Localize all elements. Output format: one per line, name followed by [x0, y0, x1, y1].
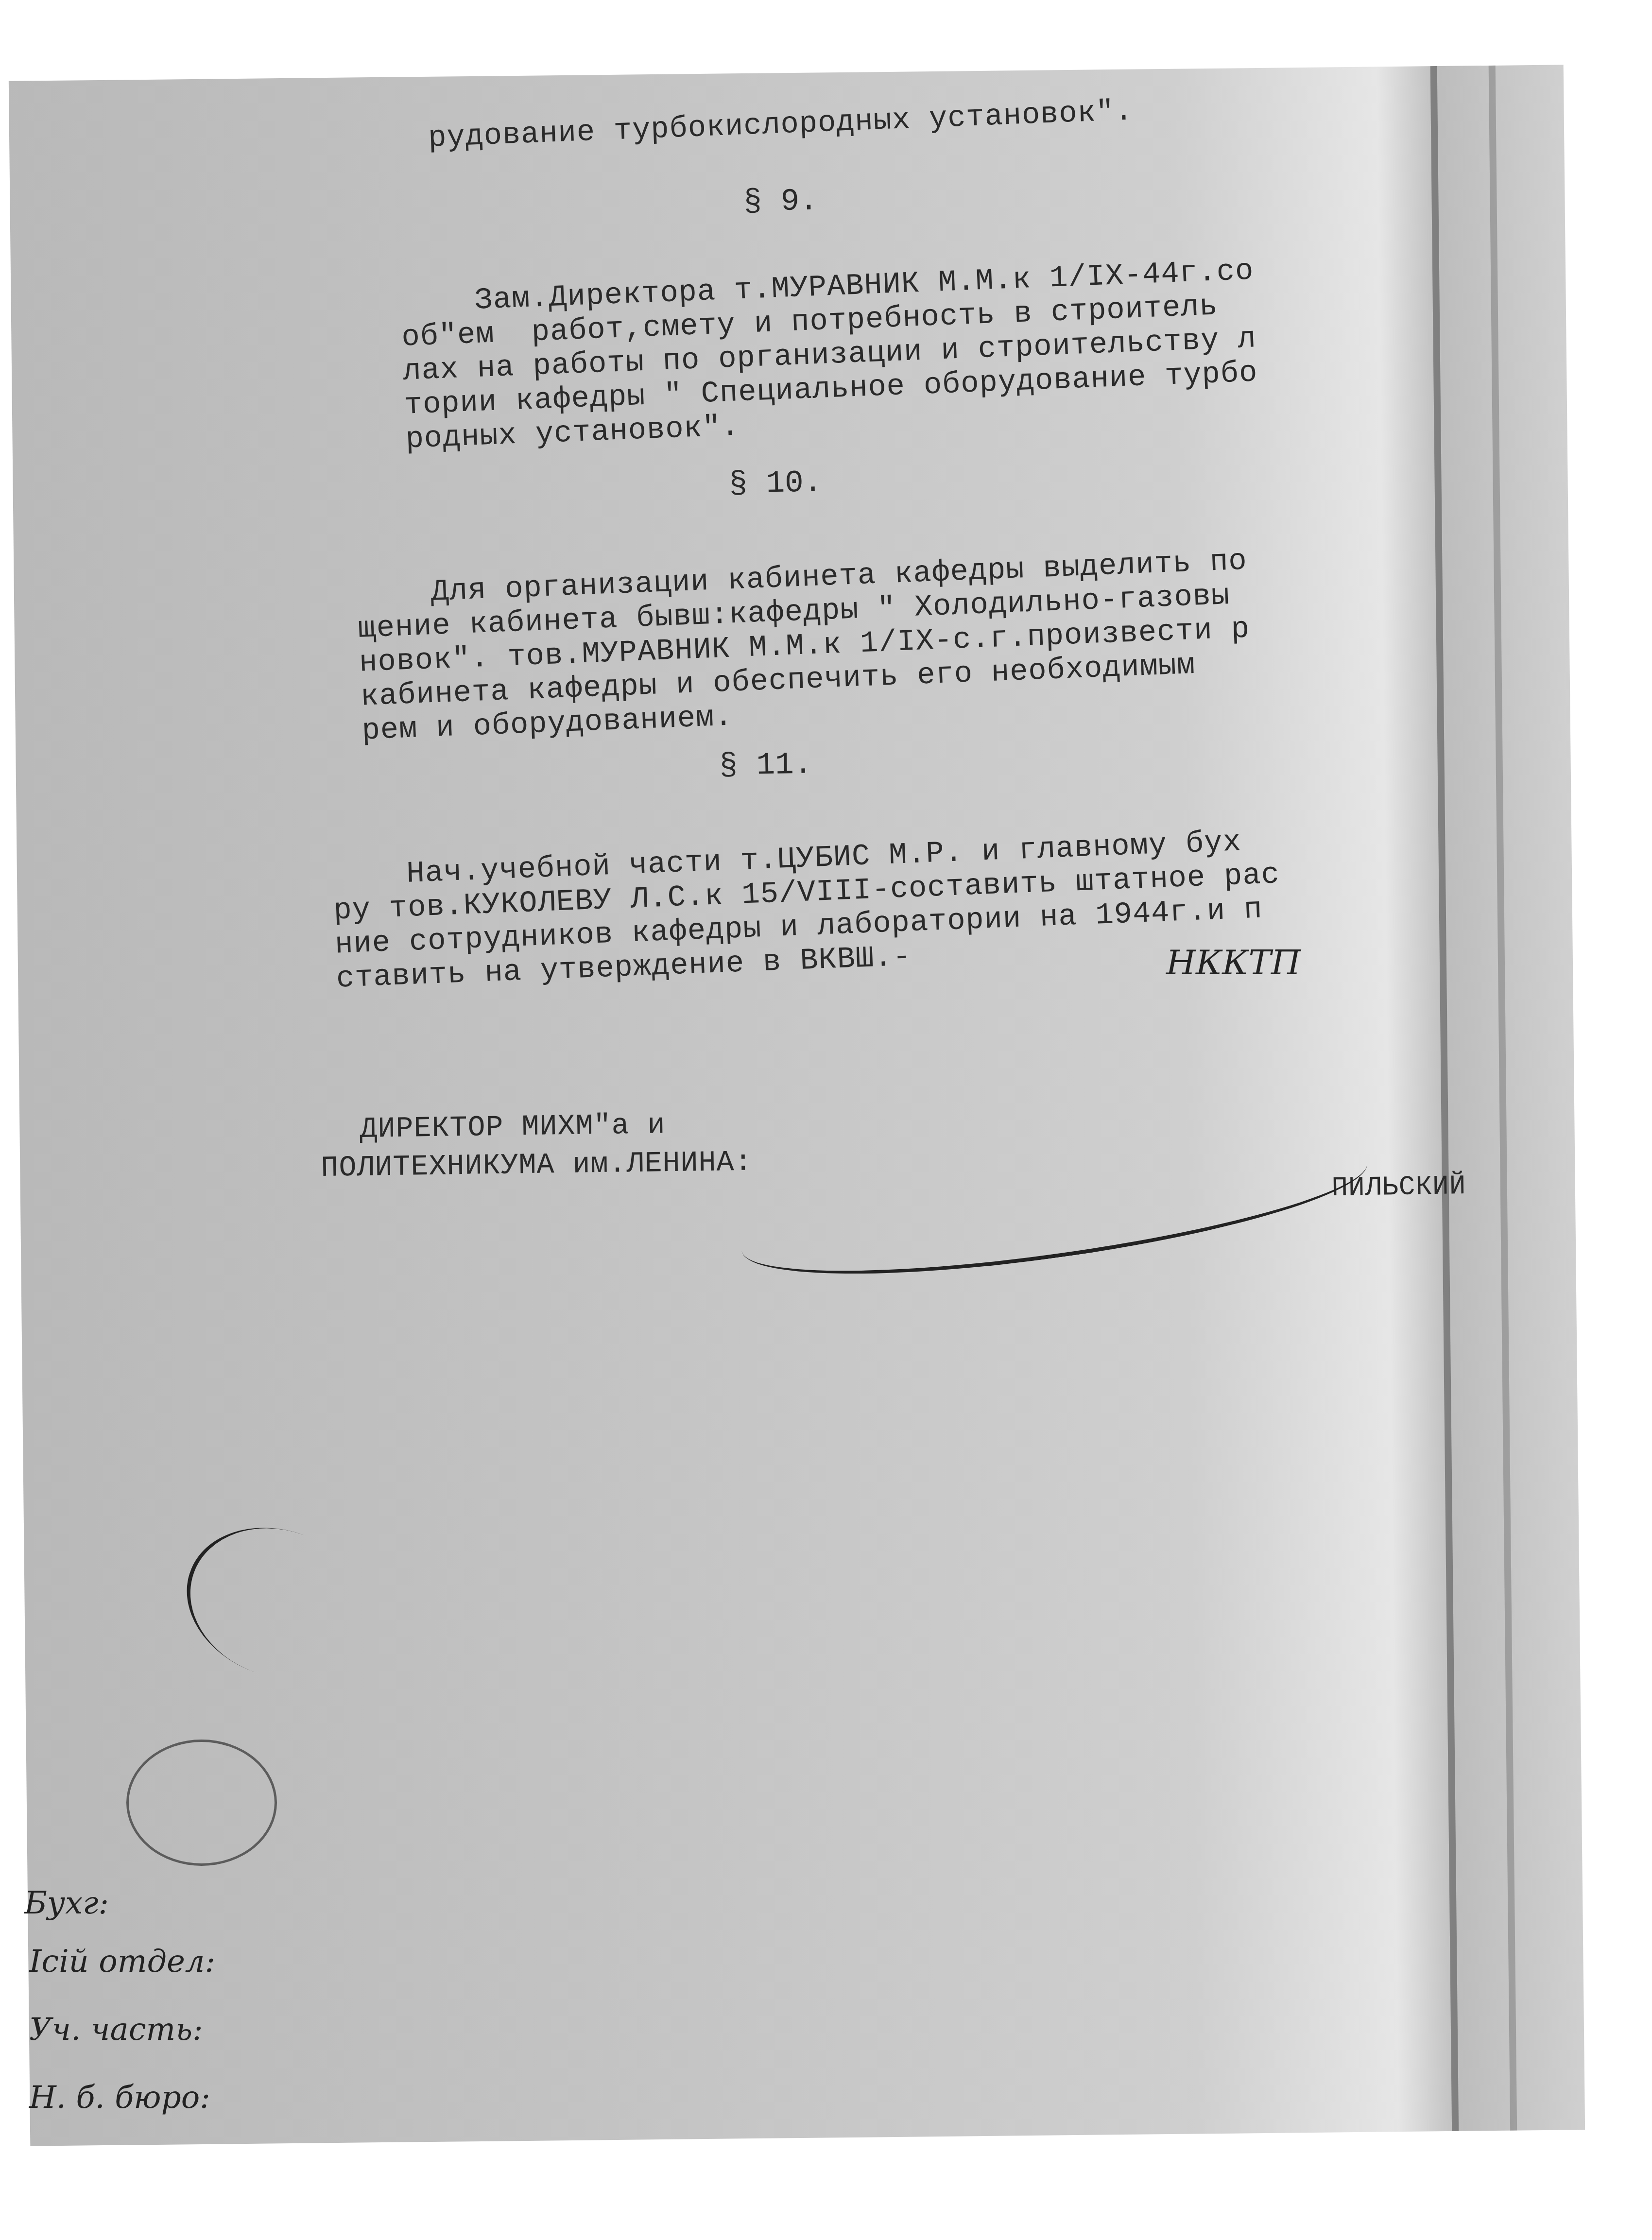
section-10-number: § 10. — [728, 465, 822, 502]
margin-note: Н. б. бюро: — [29, 2080, 210, 2116]
signature-title-2: ПОЛИТЕХНИКУМА им.ЛЕНИНА: — [321, 1146, 753, 1186]
handwritten-insert: НККТП — [1166, 943, 1301, 982]
margin-note: Бухг: — [24, 1885, 109, 1921]
page-edge — [1430, 66, 1459, 2131]
stamp-circle — [126, 1740, 277, 1866]
page-edge — [1489, 66, 1517, 2131]
section-10-text: Для организации кабинета кафедры выделит… — [355, 510, 1254, 782]
section-11-number: § 11. — [719, 747, 812, 784]
margin-note: Уч. часть: — [29, 2012, 203, 2048]
section-11-text: Нач.учебной части т.ЦУБИС М.Р. и главном… — [330, 790, 1284, 1030]
section-9-number: § 9. — [743, 184, 818, 221]
signature-title-1: ДИРЕКТОР МИХМ"а и — [360, 1108, 666, 1147]
section-9-text: Зам.Директора т.МУРАВНИК М.М.к 1/IX-44г.… — [398, 220, 1261, 491]
margin-note: Ісій отдел: — [29, 1944, 215, 1980]
